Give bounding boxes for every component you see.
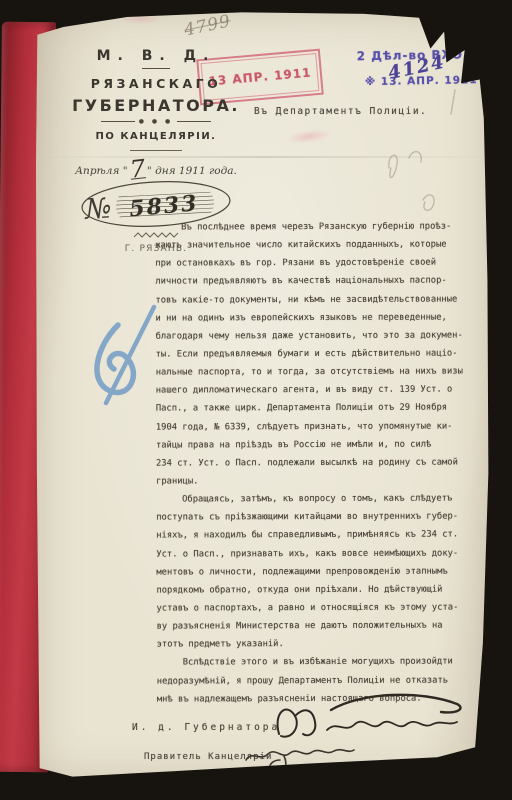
scanned-document-page: 4799 13 АПР. 1911 2 Дѣл-во ВХОД. № 4124 …: [0, 0, 512, 800]
handwritten-day: 7: [129, 159, 146, 179]
body-line: этотъ предметъ указаній.: [157, 635, 487, 654]
body-line: ментовъ о личности, подлежащими препрово…: [156, 562, 486, 581]
stamp-ornament-icon: ※: [482, 74, 493, 86]
body-line: Въ послѣднее время черезъ Рязанскую губе…: [155, 217, 485, 236]
body-line: благодаря чему нельзя даже установить, ч…: [156, 326, 486, 345]
body-line: ніяхъ, я находилъ бы справедливымъ, прим…: [156, 526, 486, 545]
body-line: тайцы права на пріѣздъ въ Россію не имѣл…: [156, 435, 486, 454]
pink-ink-smudge: [285, 127, 332, 146]
body-line: и ни на одинъ изъ европейскихъ языковъ н…: [155, 308, 485, 327]
body-line: Обращаясь, затѣмъ, къ вопросу о томъ, ка…: [156, 490, 486, 509]
body-line: границы.: [156, 471, 486, 490]
document-date: Апрѣля "7" дня 1911 года.: [50, 157, 262, 177]
body-line: 1904 года, № 6339, слѣдуетъ признать, чт…: [156, 417, 486, 436]
body-line: 234 ст. Уст. о Пасп. подлежали высылкѣ н…: [156, 453, 486, 472]
sub-office-name: ПО КАНЦЕЛЯРІИ.: [50, 131, 262, 142]
pencil-scribble-marks: [371, 80, 481, 230]
flourish-rule: [130, 150, 182, 151]
number-sign: №: [83, 191, 112, 225]
body-line: личности предъявляютъ въ качествѣ націон…: [155, 272, 485, 291]
body-line: Пасп., а также цирк. Департамента Полиці…: [156, 399, 486, 418]
body-line: Уст. о Пасп., признавать ихъ, какъ вовсе…: [156, 544, 486, 563]
body-line: ву разъясненія Министерства не даютъ пол…: [157, 617, 487, 636]
body-line: при остановкахъ въ гор. Рязани въ удосто…: [155, 254, 485, 273]
ministry-abbreviation: М. В. Д.: [50, 48, 262, 64]
date-suffix: " дня 1911 года.: [147, 165, 237, 177]
ornament-rule: ● ● ●: [50, 118, 262, 125]
letter-body: Въ послѣднее время черезъ Рязанскую губе…: [155, 217, 487, 708]
body-line: порядкомъ обратно, откуда они пріѣхали. …: [156, 580, 486, 599]
office-name-line2: ГУБЕРНАТОРА.: [50, 96, 262, 115]
ornament-line: [177, 121, 211, 122]
body-line: нашего дипломатическаго агента, и въ вид…: [156, 381, 486, 400]
pink-ink-smudge: [120, 14, 162, 24]
chancellery-signature: [236, 732, 371, 787]
body-line: Вслѣдствіе этого и въ избѣжаніе могущихъ…: [157, 653, 487, 672]
body-line: товъ какіе-то документы, ни кѣмъ не засв…: [155, 290, 485, 309]
body-line: уставъ о паспортахъ, а равно и относящія…: [156, 598, 486, 617]
office-name-line1: РЯЗАНСКАГО: [50, 76, 262, 91]
ornament-line: [101, 121, 135, 122]
divider-rule: [142, 68, 170, 69]
ornament-dots-icon: ● ● ●: [139, 118, 174, 125]
body-line: поступать съ пріѣзжающими китайцами во в…: [156, 508, 486, 527]
document-paper: 4799 13 АПР. 1911 2 Дѣл-во ВХОД. № 4124 …: [36, 10, 492, 782]
body-line: нальные паспорта, то и тогда, за отсутст…: [156, 363, 486, 382]
body-line: жаютъ значительное число китайскихъ подд…: [155, 236, 485, 255]
pencil-archival-number: 4799: [182, 11, 232, 40]
body-line: ты. Если предъявляемыя бумаги и есть дѣй…: [156, 344, 486, 363]
date-prefix: Апрѣля ": [75, 165, 128, 177]
